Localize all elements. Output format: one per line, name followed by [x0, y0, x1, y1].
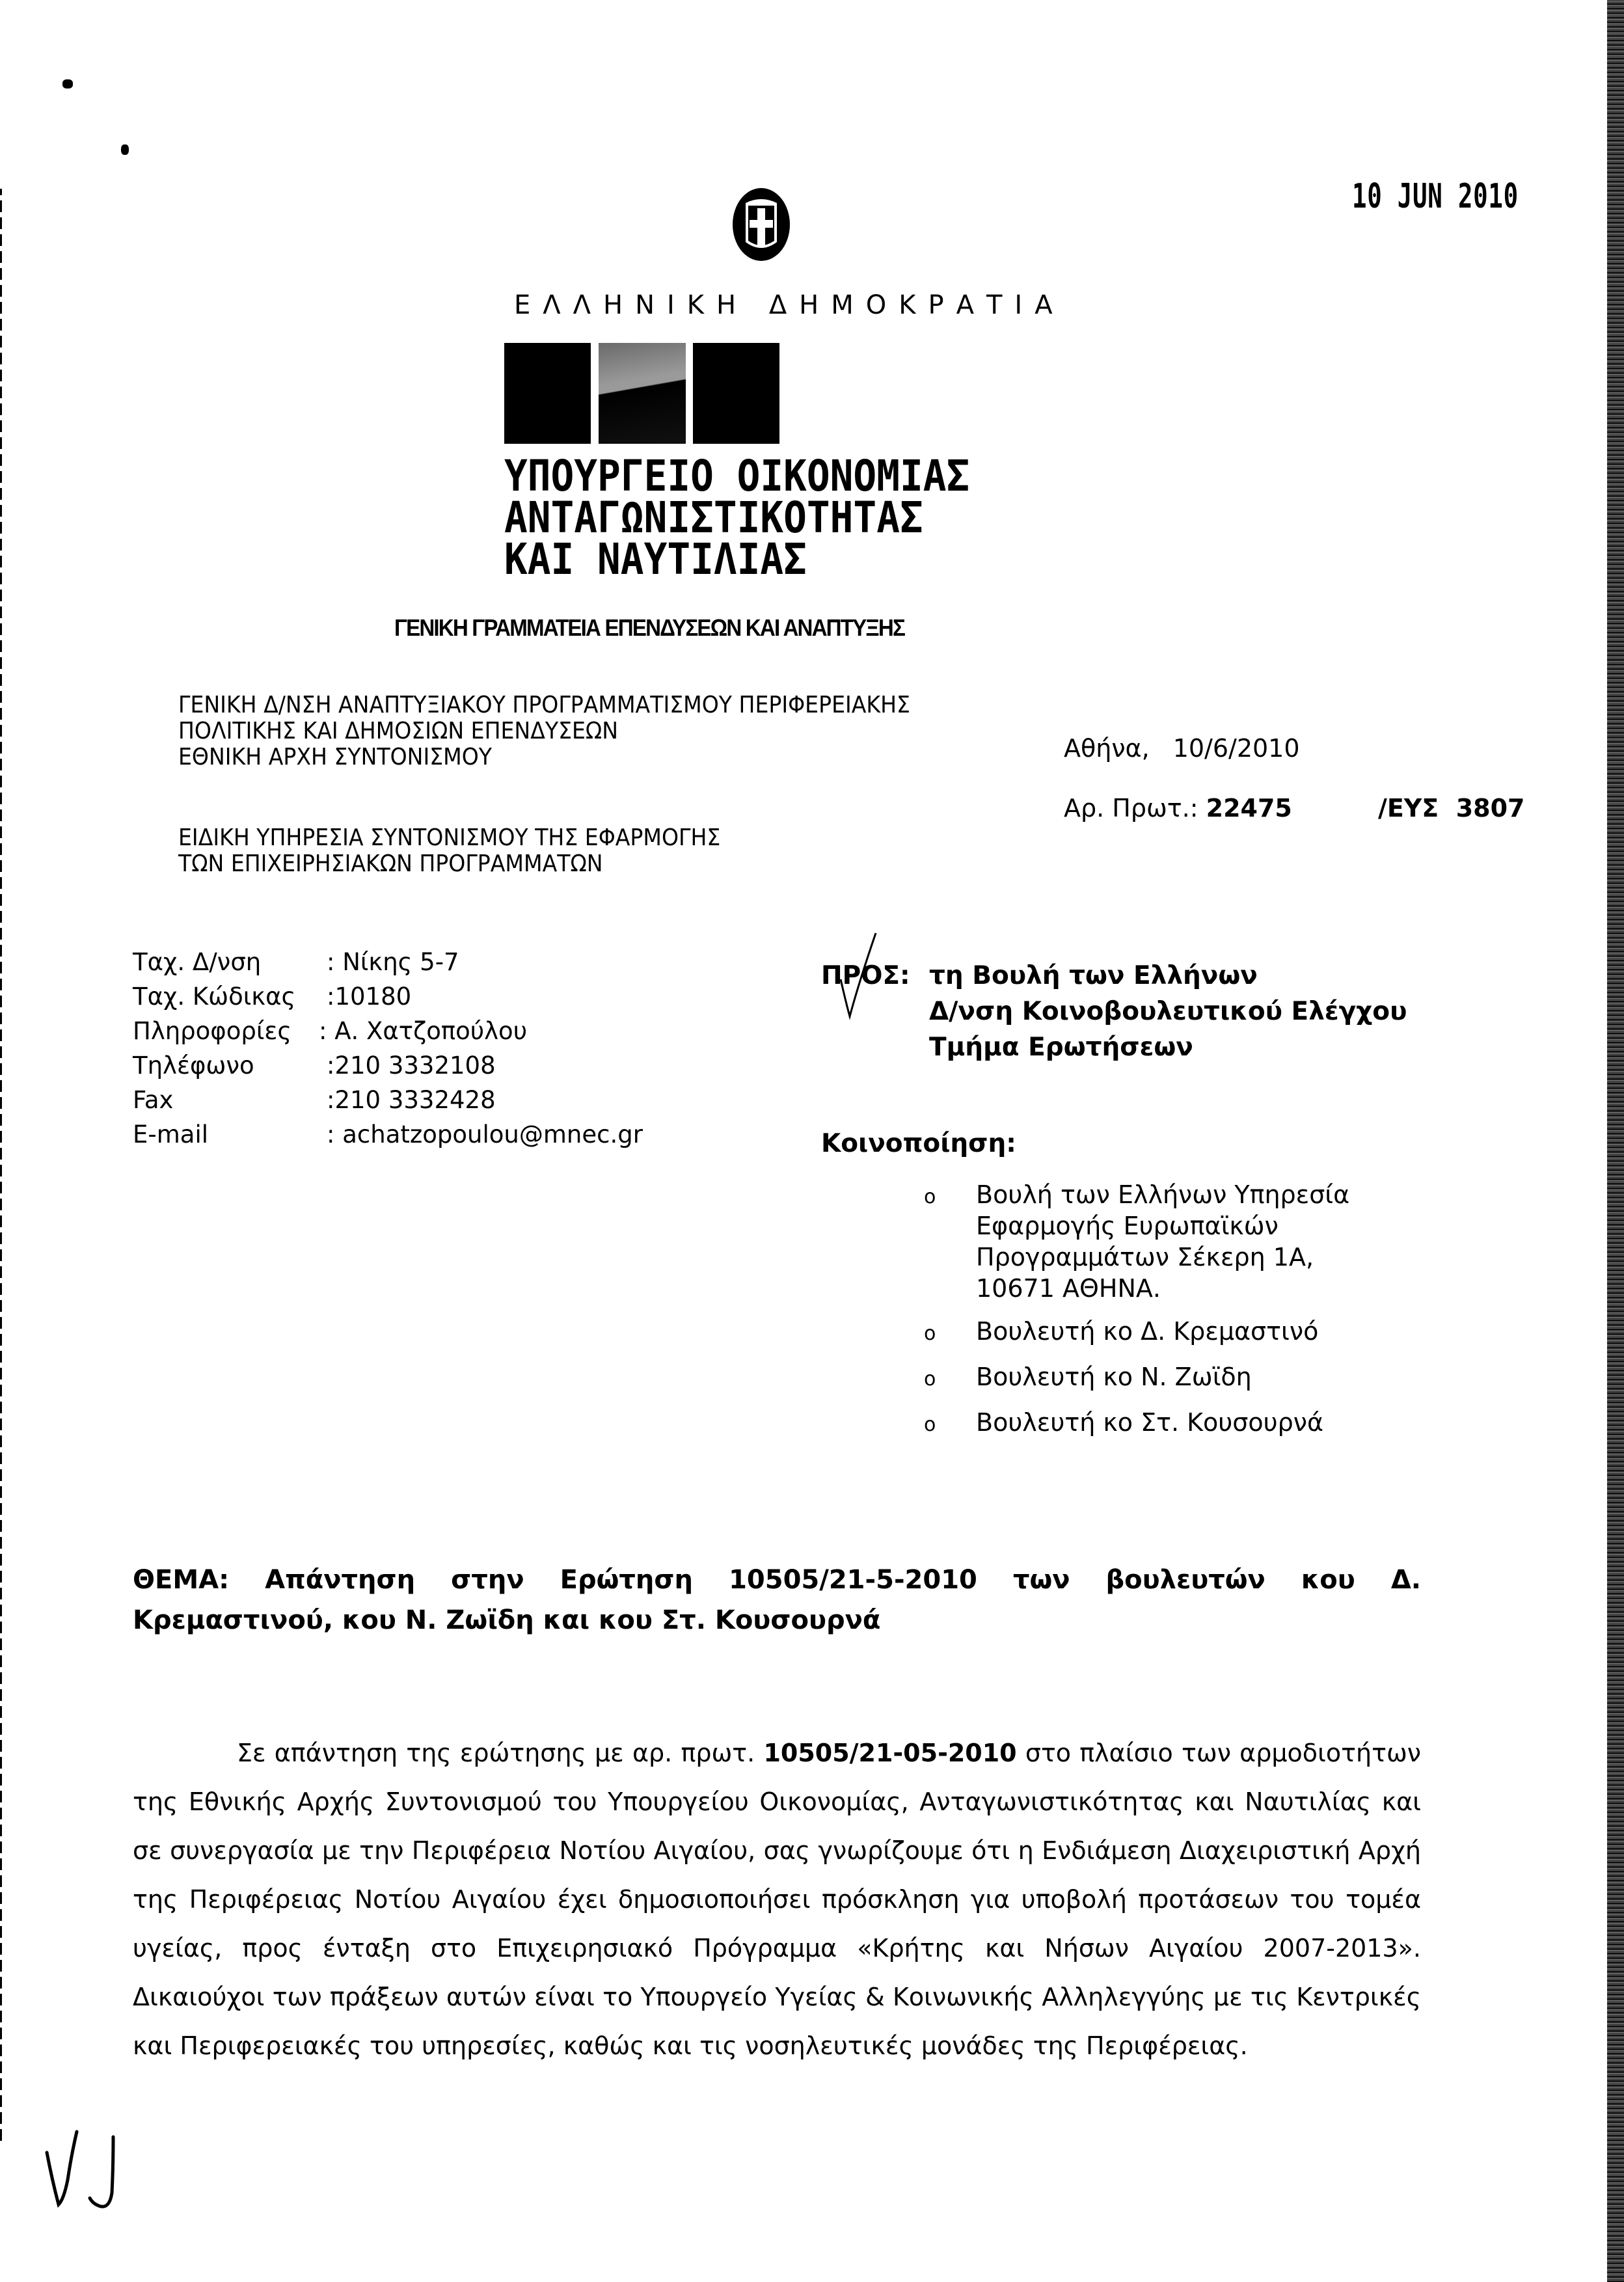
contact-value: :210 3332108	[327, 1048, 496, 1083]
bullet-icon: o	[924, 1316, 976, 1350]
cc-item-text: Βουλευτή κο Στ. Κουσουρνά	[976, 1407, 1496, 1441]
department-block: ΓΕΝΙΚΗ Δ/ΝΣΗ ΑΝΑΠΤΥΞΙΑΚΟΥ ΠΡΟΓΡΑΜΜΑΤΙΣΜΟ…	[178, 692, 910, 770]
contact-row: E-mail: achatzopoulou@mnec.gr	[133, 1117, 643, 1152]
recipient-block: ΠΡΟΣ:τη Βουλή των Ελλήνων Δ/νση Κοινοβου…	[821, 958, 1407, 1065]
recipient-line: Δ/νση Κοινοβουλευτικού Ελέγχου	[821, 994, 1407, 1029]
protocol-label: Αρ. Πρωτ.:	[1064, 794, 1198, 822]
recipient-line: τη Βουλή των Ελλήνων	[929, 961, 1258, 990]
place-label: Αθήνα,	[1064, 734, 1150, 763]
recipient-line: Τμήμα Ερωτήσεων	[821, 1029, 1407, 1065]
department-block: ΕΙΔΙΚΗ ΥΠΗΡΕΣΙΑ ΣΥΝΤΟΝΙΣΜΟΥ ΤΗΣ ΕΦΑΡΜΟΓΗ…	[178, 825, 720, 877]
contact-label: Τηλέφωνο	[133, 1048, 327, 1083]
department-line: ΓΕΝΙΚΗ Δ/ΝΣΗ ΑΝΑΠΤΥΞΙΑΚΟΥ ΠΡΟΓΡΑΜΜΑΤΙΣΜΟ…	[178, 692, 910, 718]
department-line: ΕΙΔΙΚΗ ΥΠΗΡΕΣΙΑ ΣΥΝΤΟΝΙΣΜΟΥ ΤΗΣ ΕΦΑΡΜΟΓΗ…	[178, 825, 720, 851]
contact-row: Fax:210 3332428	[133, 1083, 643, 1117]
contact-value: :10180	[327, 979, 411, 1014]
subject-line: ΘΕΜΑ: Απάντηση στην Ερώτηση 10505/21-5-2…	[133, 1560, 1421, 1600]
checkmark-icon	[839, 930, 891, 1028]
contact-info: Ταχ. Δ/νση: Νίκης 5-7 Ταχ. Κώδικας:10180…	[133, 945, 643, 1152]
protocol-number: Αρ. Πρωτ.: 22475 /ΕΥΣ 3807	[1064, 794, 1525, 822]
body-paragraph: Σε απάντηση της ερώτησης με αρ. πρωτ. 10…	[133, 1729, 1421, 2071]
logo-block	[693, 343, 779, 444]
scan-speck	[121, 144, 129, 155]
cc-item: oΒουλευτή κο Ν. Ζωϊδη	[924, 1361, 1509, 1395]
subject-line: Κρεμαστινού, κου Ν. Ζωϊδη και κου Στ. Κο…	[133, 1605, 880, 1635]
republic-title: ΕΛΛΗΝΙΚΗ ΔΗΜΟΚΡΑΤΙΑ	[514, 290, 1100, 320]
bullet-icon: o	[924, 1407, 976, 1441]
handwritten-initials	[26, 2128, 156, 2212]
scan-edge-artifact-left	[0, 189, 2, 2141]
cc-item: oΒουλευτή κο Δ. Κρεμαστινό	[924, 1316, 1509, 1350]
subject: ΘΕΜΑ: Απάντηση στην Ερώτηση 10505/21-5-2…	[133, 1560, 1421, 1640]
contact-label: Ταχ. Δ/νση	[133, 945, 327, 979]
cc-item: oΒουλευτή κο Στ. Κουσουρνά	[924, 1407, 1509, 1441]
cc-item: oΒουλή των Ελλήνων Υπηρεσία Εφαρμογής Ευ…	[924, 1179, 1509, 1304]
department-line: ΕΘΝΙΚΗ ΑΡΧΗ ΣΥΝΤΟΝΙΣΜΟΥ	[178, 744, 910, 770]
bullet-icon: o	[924, 1179, 976, 1304]
department-line: ΤΩΝ ΕΠΙΧΕΙΡΗΣΙΑΚΩΝ ΠΡΟΓΡΑΜΜΑΤΩΝ	[178, 851, 720, 877]
secretariat-name: ΓΕΝΙΚΗ ΓΡΑΜΜΑΤΕΙΑ ΕΠΕΝΔΥΣΕΩΝ ΚΑΙ ΑΝΑΠΤΥΞ…	[394, 614, 1172, 642]
protocol-value: 22475	[1206, 794, 1292, 822]
bullet-icon: o	[924, 1361, 976, 1395]
contact-label: E-mail	[133, 1117, 327, 1152]
contact-row: Ταχ. Κώδικας:10180	[133, 979, 643, 1014]
received-date-stamp: 10 JUN 2010	[1352, 177, 1519, 216]
date-value: 10/6/2010	[1173, 734, 1300, 763]
department-line: ΠΟΛΙΤΙΚΗΣ ΚΑΙ ΔΗΜΟΣΙΩΝ ΕΠΕΝΔΥΣΕΩΝ	[178, 718, 910, 744]
logo-block	[599, 343, 686, 444]
cc-list: oΒουλή των Ελλήνων Υπηρεσία Εφαρμογής Ευ…	[924, 1179, 1509, 1452]
reference-number: 10505/21-05-2010	[763, 1739, 1016, 1767]
ministry-line: ΑΝΤΑΓΩΝΙΣΤΙΚΟΤΗΤΑΣ	[504, 497, 1031, 539]
cc-item-text: Βουλή των Ελλήνων Υπηρεσία Εφαρμογής Ευρ…	[976, 1179, 1392, 1304]
scan-speck	[62, 79, 73, 88]
document-date: Αθήνα,10/6/2010	[1064, 734, 1300, 763]
contact-value: : Α. Χατζοπούλου	[319, 1014, 527, 1048]
cc-item-text: Βουλευτή κο Ν. Ζωϊδη	[976, 1361, 1496, 1395]
ministry-line: ΚΑΙ ΝΑΥΤΙΛΙΑΣ	[504, 539, 1031, 580]
cc-item-text: Βουλευτή κο Δ. Κρεμαστινό	[976, 1316, 1496, 1350]
contact-row: Τηλέφωνο:210 3332108	[133, 1048, 643, 1083]
cc-title: Κοινοποίηση:	[821, 1129, 1016, 1158]
contact-row: Πληροφορίες: Α. Χατζοπούλου	[133, 1014, 643, 1048]
body-text: Σε απάντηση της ερώτησης με αρ. πρωτ.	[237, 1739, 763, 1767]
contact-value: : Νίκης 5-7	[327, 945, 459, 979]
contact-row: Ταχ. Δ/νση: Νίκης 5-7	[133, 945, 643, 979]
contact-label: Fax	[133, 1083, 327, 1117]
body-text: στο πλαίσιο των αρμοδιοτήτων της Εθνικής…	[133, 1739, 1421, 2060]
greek-coat-of-arms-icon	[731, 186, 791, 263]
protocol-suffix: /ΕΥΣ 3807	[1378, 794, 1525, 822]
logo-block	[504, 343, 591, 444]
contact-label: Ταχ. Κώδικας	[133, 979, 327, 1014]
ministry-name: ΥΠΟΥΡΓΕΙΟ ΟΙΚΟΝΟΜΙΑΣ ΑΝΤΑΓΩΝΙΣΤΙΚΟΤΗΤΑΣ …	[504, 455, 1031, 580]
contact-label: Πληροφορίες	[133, 1014, 319, 1048]
ministry-line: ΥΠΟΥΡΓΕΙΟ ΟΙΚΟΝΟΜΙΑΣ	[504, 455, 1031, 497]
contact-value: :210 3332428	[327, 1083, 496, 1117]
contact-email[interactable]: : achatzopoulou@mnec.gr	[327, 1117, 643, 1152]
scan-edge-artifact	[1607, 0, 1624, 2282]
